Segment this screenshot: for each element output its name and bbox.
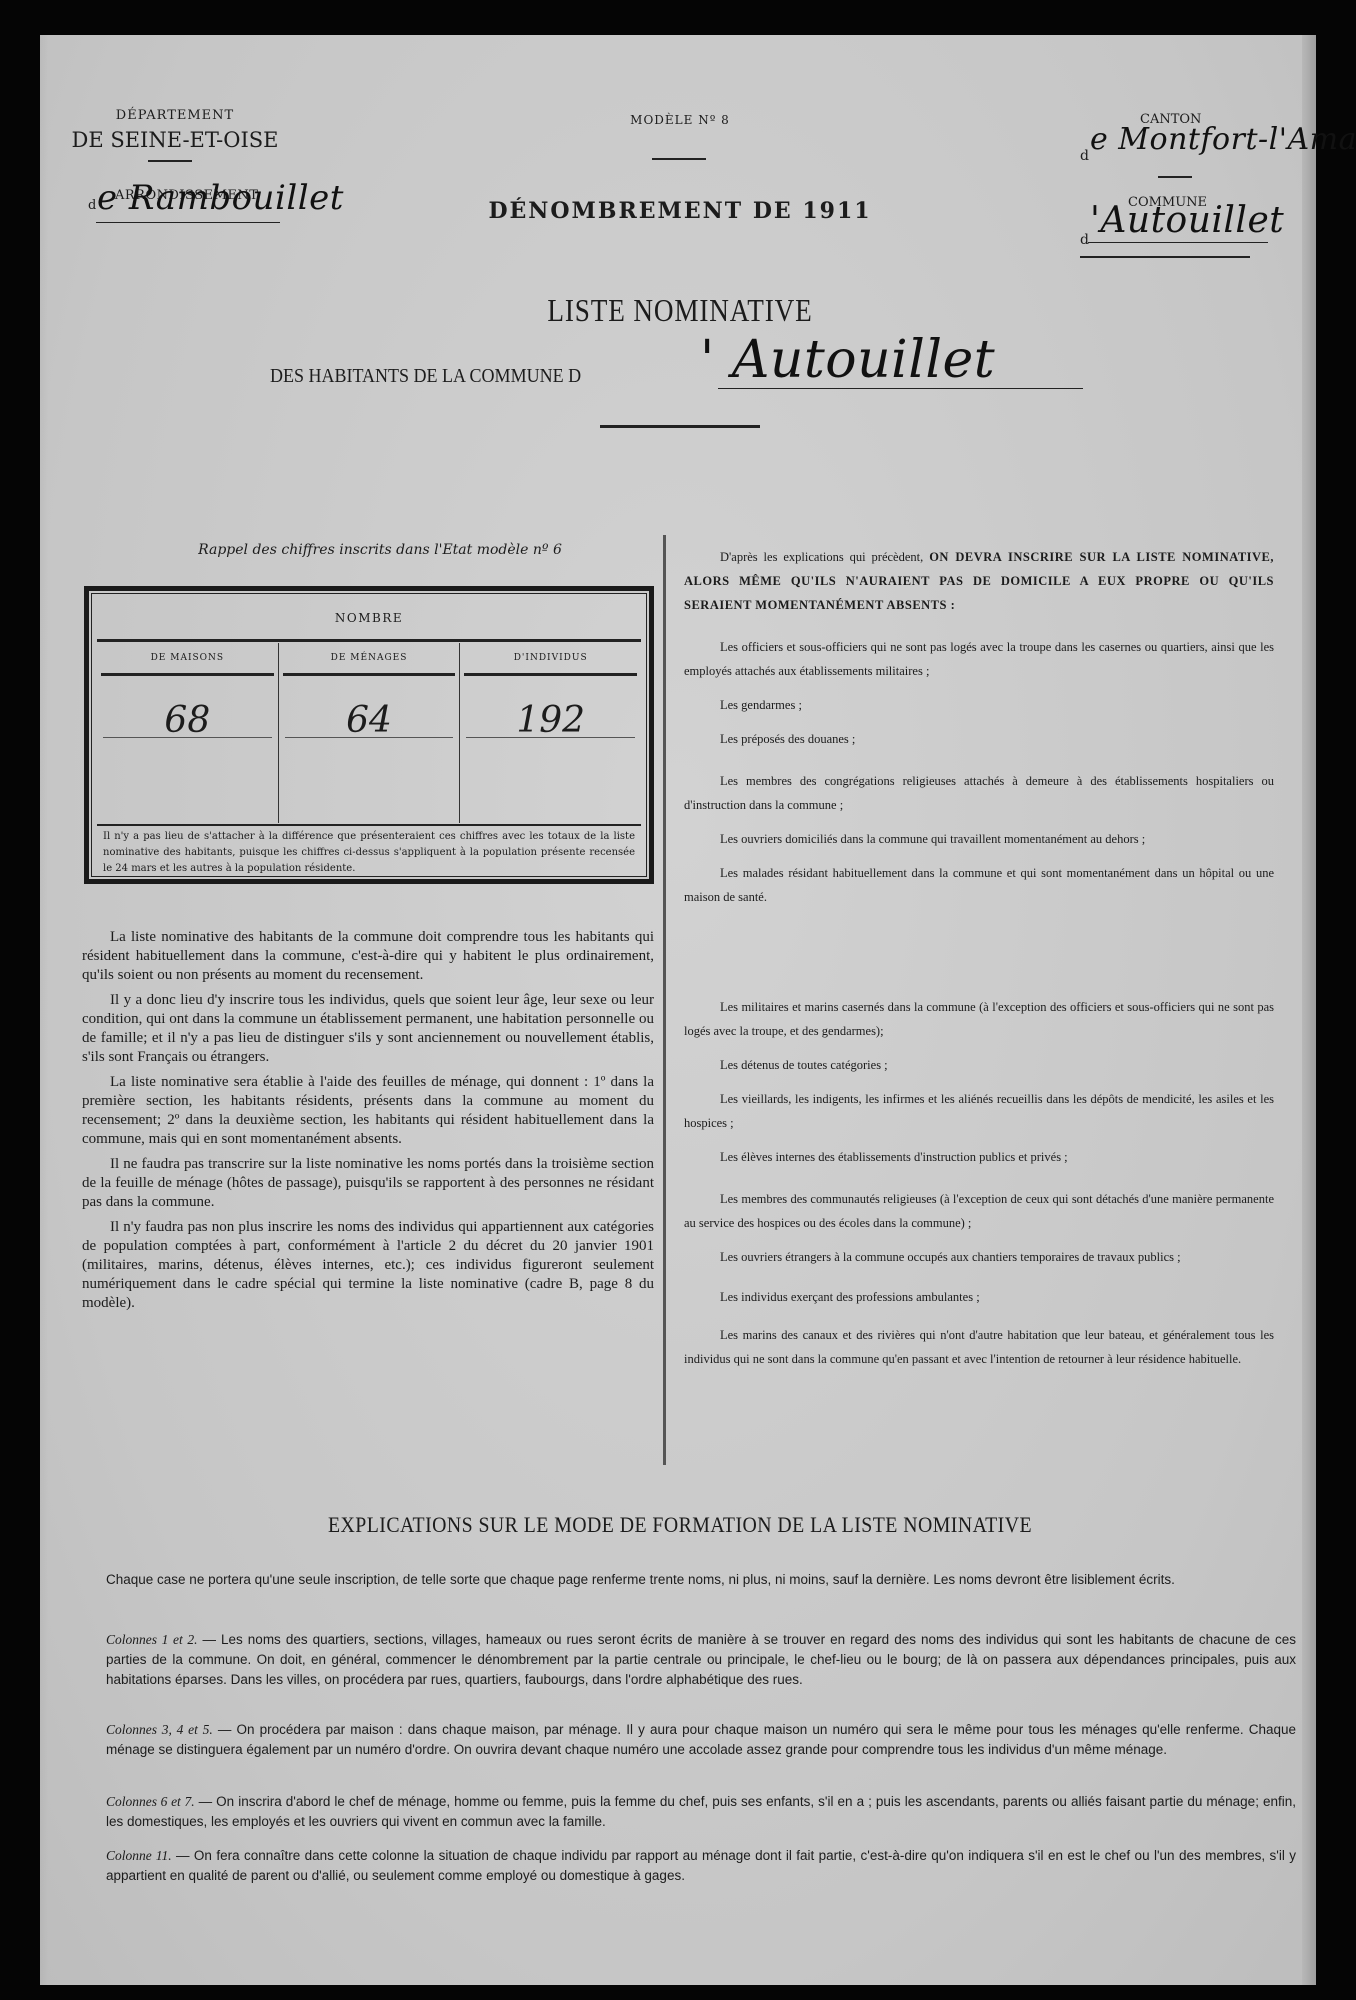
baseline [103,737,272,738]
section-text: — On inscrira d'abord le chef de ménage,… [106,1794,1296,1829]
canton-handwritten: e Montfort-l'Amaury [1090,122,1356,157]
arrondissement-handwritten: e Rambouillet [97,178,344,218]
divider [1158,176,1192,178]
intro-text: D'après les explications qui précèdent, [720,550,923,564]
arrondissement-prefix: d [88,198,96,213]
underline [96,222,280,223]
include-item: Les gendarmes ; [684,693,1274,717]
section-text: — On fera connaître dans cette colonne l… [106,1848,1296,1883]
list-commune-handwritten: ' Autouillet [700,330,995,390]
counts-row: DE MAISONS 68 DE MÉNAGES 64 D'INDIVIDUS … [97,643,641,823]
exclude-item: Les élèves internes des établissements d… [684,1145,1274,1169]
paragraph: Il ne faudra pas transcrire sur la liste… [82,1155,654,1212]
instructions-right: D'après les explications qui précèdent, … [684,545,1274,1371]
paragraph: La liste nominative sera établie à l'aid… [82,1073,654,1149]
count-value: 192 [460,700,641,741]
exclude-item: Les individus exerçant des professions a… [684,1285,1274,1309]
section-label: Colonnes 1 et 2. [106,1632,198,1647]
model-number: MODÈLE Nº 8 [600,113,760,127]
underline [718,388,1083,389]
explanations-title: EXPLICATIONS SUR LE MODE DE FORMATION DE… [140,1512,1220,1538]
instructions-left: La liste nominative des habitants de la … [82,928,654,1319]
explanations-intro: Chaque case ne portera qu'une seule insc… [106,1570,1296,1590]
list-title: LISTE NOMINATIVE [485,292,876,329]
section-text: — Les noms des quartiers, sections, vill… [106,1632,1296,1687]
include-item: Les malades résidant habituellement dans… [684,861,1274,909]
count-individuals: D'INDIVIDUS 192 [460,643,641,823]
count-label: DE MAISONS [97,653,278,663]
divider [464,673,637,676]
section-text: — On procédera par maison : dans chaque … [106,1722,1296,1757]
department-label: DÉPARTEMENT [75,108,275,123]
explanation-columns-6-7: Colonnes 6 et 7. — On inscrira d'abord l… [106,1792,1296,1832]
divider [97,639,641,642]
canton-prefix: d [1080,148,1089,164]
page-edge [1302,35,1316,1985]
explanation-columns-3-5: Colonnes 3, 4 et 5. — On procédera par m… [106,1720,1296,1760]
include-item: Les officiers et sous-officiers qui ne s… [684,635,1274,683]
explanation-column-11: Colonne 11. — On fera connaître dans cet… [106,1846,1296,1886]
exclude-item: Les membres des communautés religieuses … [684,1187,1274,1235]
department-name: DE SEINE-ET-OISE [70,128,280,152]
exclude-item: Les vieillards, les indigents, les infir… [684,1087,1274,1135]
ornament-divider [600,425,760,428]
divider [148,160,192,162]
divider [1080,256,1250,258]
count-label: DE MÉNAGES [279,653,460,663]
underline [1088,242,1268,243]
baseline [466,737,635,738]
paragraph: Il n'y faudra pas non plus inscrire les … [82,1218,654,1313]
count-houses: DE MAISONS 68 [97,643,279,823]
exclude-item: Les militaires et marins casernés dans l… [684,995,1274,1043]
exclude-item: Les marins des canaux et des rivières qu… [684,1323,1274,1371]
exclude-item: Les détenus de toutes catégories ; [684,1053,1274,1077]
exclude-item: Les ouvriers étrangers à la commune occu… [684,1245,1274,1269]
include-intro: D'après les explications qui précèdent, … [684,545,1274,617]
section-label: Colonnes 3, 4 et 5. [106,1722,213,1737]
divider [652,158,706,160]
divider [97,824,641,826]
count-households: DE MÉNAGES 64 [279,643,461,823]
commune-prefix: d [1080,232,1089,248]
counts-note: Il n'y a pas lieu de s'attacher à la dif… [103,829,635,877]
explanation-columns-1-2: Colonnes 1 et 2. — Les noms des quartier… [106,1630,1296,1690]
baseline [285,737,454,738]
count-value: 68 [97,700,278,741]
section-label: Colonne 11. [106,1848,172,1863]
column-separator [663,535,666,1465]
list-subtitle: DES HABITANTS DE LA COMMUNE D [270,365,581,388]
commune-handwritten: 'Autouillet [1090,200,1284,241]
divider [101,673,274,676]
include-item: Les ouvriers domiciliés dans la commune … [684,827,1274,851]
counts-table-header: NOMBRE [89,611,649,625]
include-item: Les membres des congrégations religieuse… [684,769,1274,817]
section-label: Colonnes 6 et 7. [106,1794,195,1809]
include-item: Les préposés des douanes ; [684,727,1274,751]
census-title: DÉNOMBREMENT DE 1911 [460,198,900,224]
count-label: D'INDIVIDUS [460,653,641,663]
paragraph: La liste nominative des habitants de la … [82,928,654,985]
paragraph: Chaque case ne portera qu'une seule insc… [106,1570,1296,1590]
rappel-caption: Rappel des chiffres inscrits dans l'Etat… [120,542,640,558]
count-value: 64 [279,700,460,741]
counts-table: NOMBRE DE MAISONS 68 DE MÉNAGES 64 D'IND… [84,586,654,884]
paragraph: Il y a donc lieu d'y inscrire tous les i… [82,991,654,1067]
divider [283,673,456,676]
